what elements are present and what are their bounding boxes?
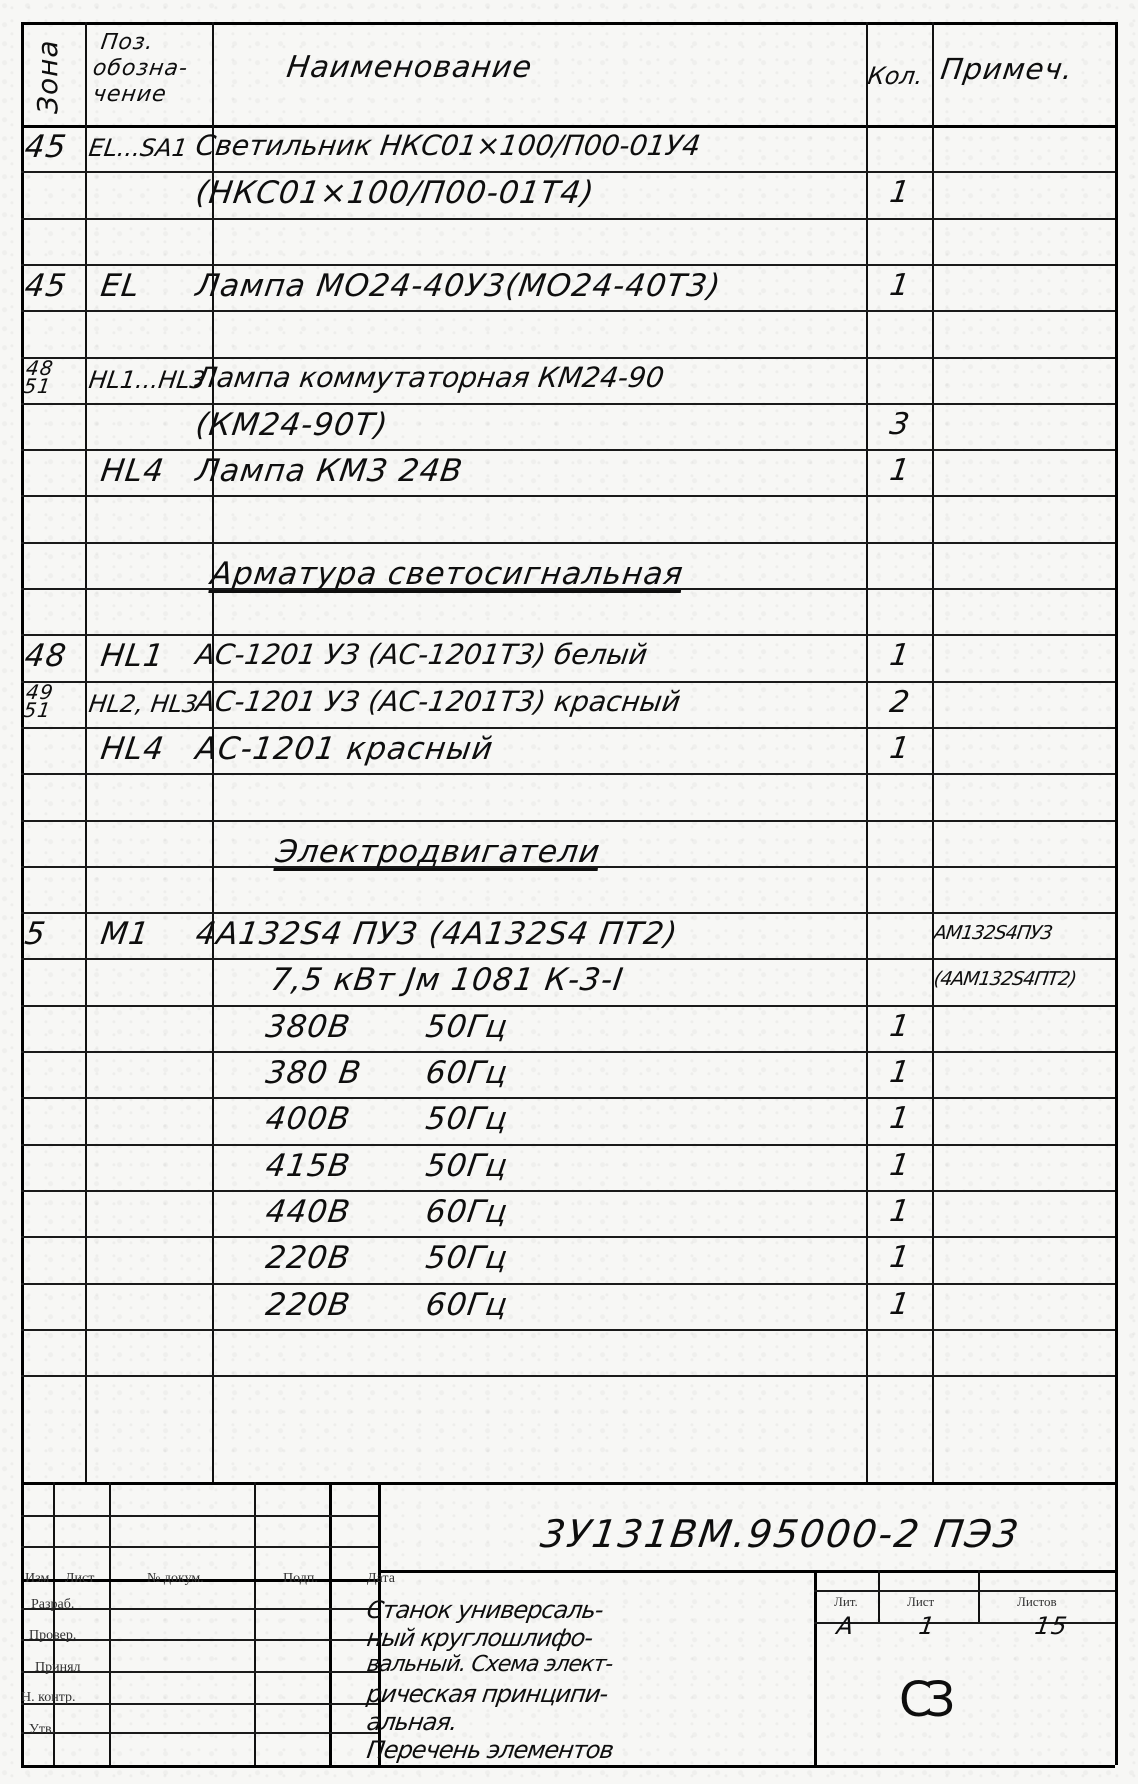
grid-hline	[21, 357, 1115, 359]
row-position: M1	[98, 916, 152, 952]
row-frequency: 60Гц	[423, 1287, 510, 1323]
row-quantity: 1	[865, 1287, 936, 1322]
row-quantity: 1	[865, 1101, 936, 1136]
row-name: (КМ24-90Т)	[193, 407, 390, 443]
role-approved: Принял	[35, 1660, 81, 1676]
grid-hline	[21, 681, 1115, 683]
row-quantity: 2	[865, 685, 936, 720]
row-position: HL1...HL3	[87, 366, 207, 394]
description-line-3: вальный. Схема элект-	[365, 1652, 614, 1677]
description-line-6: Перечень элементов	[365, 1736, 615, 1764]
grid-hline	[21, 22, 1115, 25]
row-zone: 45	[22, 129, 69, 165]
row-position: EL	[98, 268, 142, 304]
grid-vline	[329, 1482, 332, 1765]
sheet-value: 1	[917, 1612, 937, 1640]
sheet-label: Лист	[907, 1594, 934, 1610]
row-position: HL2, HL3	[87, 690, 200, 718]
grid-hline	[21, 1546, 378, 1548]
section-heading: Электродвигатели	[273, 834, 602, 870]
grid-hline	[21, 171, 1115, 173]
grid-hline	[21, 218, 1115, 220]
row-frequency: 50Гц	[423, 1101, 510, 1137]
row-name: (НКС01×100/П00-01Т4)	[193, 175, 596, 211]
stamp-mark: СЗ	[899, 1672, 947, 1728]
row-position: HL4	[98, 453, 166, 489]
row-position: EL...SA1	[87, 134, 189, 162]
header-name: Наименование	[285, 50, 535, 85]
description-line-4: рическая принципи-	[365, 1680, 609, 1708]
row-position: HL1	[98, 638, 166, 674]
row-name: Лампа коммутаторная КМ24-90	[194, 361, 666, 394]
description-line-2: ный круглошлифо-	[365, 1624, 594, 1652]
row-quantity: 1	[865, 731, 936, 766]
grid-hline	[21, 264, 1115, 266]
row-name: АС-1201 У3 (АС-1201Т3) красный	[194, 685, 683, 718]
row-quantity: 1	[865, 1194, 936, 1229]
header-position-3: чение	[91, 82, 168, 107]
row-voltage: 415В	[263, 1148, 352, 1184]
row-quantity: 1	[865, 175, 936, 210]
grid-hline	[21, 912, 1115, 914]
lit-label: Лит.	[834, 1594, 858, 1610]
row-voltage: 400В	[263, 1101, 352, 1137]
row-quantity: 1	[865, 638, 936, 673]
row-name: АС-1201 У3 (АС-1201Т3) белый	[194, 638, 650, 671]
row-quantity: 1	[865, 1148, 936, 1183]
zone-bottom: 51	[22, 701, 52, 719]
grid-vline	[85, 22, 87, 1482]
row-note: АМ132S4ПУ3	[932, 922, 1053, 944]
row-name: Светильник НКС01×100/П00-01У4	[194, 129, 703, 162]
row-voltage: 220В	[263, 1240, 352, 1276]
grid-vline	[21, 22, 24, 1765]
row-frequency: 50Гц	[423, 1240, 510, 1276]
row-zone: 45	[22, 268, 69, 304]
grid-hline	[814, 1590, 1115, 1592]
row-frequency: 50Гц	[423, 1009, 510, 1045]
row-zone: 4951	[22, 683, 55, 719]
sheets-label: Листов	[1017, 1594, 1057, 1610]
row-quantity: 3	[865, 407, 936, 442]
grid-hline	[21, 1190, 1115, 1192]
row-zone: 5	[22, 916, 48, 952]
grid-hline	[21, 1329, 1115, 1331]
row-quantity: 1	[865, 268, 936, 303]
grid-vline	[878, 1570, 880, 1622]
grid-hline	[21, 1144, 1115, 1146]
row-voltage: 440В	[263, 1194, 352, 1230]
grid-hline	[21, 125, 1115, 128]
row-name: 7,5 кВт Jм 1081 К-3-I	[268, 962, 625, 998]
grid-vline	[814, 1570, 817, 1765]
col-signature: Подп.	[283, 1571, 318, 1587]
grid-hline	[21, 495, 1115, 497]
grid-hline	[21, 1283, 1115, 1285]
grid-hline	[21, 1732, 378, 1734]
grid-hline	[21, 1097, 1115, 1099]
description-line-1: Станок универсаль-	[365, 1596, 605, 1624]
grid-hline	[21, 820, 1115, 822]
grid-hline	[814, 1622, 1115, 1624]
grid-hline	[21, 1765, 1115, 1768]
row-name: 4А132S4 ПУ3 (4А132S4 ПТ2)	[193, 916, 680, 952]
lit-value: А	[835, 1612, 856, 1640]
header-qty: Кол.	[866, 62, 925, 90]
section-heading: Арматура светосигнальная	[208, 556, 685, 592]
grid-hline	[21, 310, 1115, 312]
zone-bottom: 51	[22, 377, 52, 395]
grid-vline	[1115, 22, 1118, 1765]
grid-hline	[21, 1005, 1115, 1007]
role-approver: Утв.	[29, 1722, 55, 1738]
row-name: АС-1201 красный	[193, 731, 495, 767]
header-position-1: Поз.	[99, 30, 155, 55]
row-quantity: 1	[865, 1240, 936, 1275]
spec-sheet: Зона Поз. обозна- чение Наименование Кол…	[21, 22, 1115, 1765]
grid-vline	[254, 1482, 256, 1765]
header-position-2: обозна-	[91, 56, 190, 81]
description-line-5: альная.	[365, 1708, 459, 1736]
grid-hline	[21, 773, 1115, 775]
row-frequency: 60Гц	[423, 1194, 510, 1230]
col-doc-no: № докум.	[147, 1571, 204, 1587]
row-name: Лампа КМ3 24В	[193, 453, 465, 489]
sheets-value: 15	[1033, 1612, 1069, 1640]
header-zone: Зона	[31, 39, 64, 114]
grid-hline	[21, 403, 1115, 405]
grid-hline	[21, 1515, 378, 1517]
grid-hline	[21, 634, 1115, 636]
grid-hline	[21, 542, 1115, 544]
header-note: Примеч.	[939, 52, 1076, 86]
role-norm-control: Н. контр.	[21, 1690, 75, 1706]
grid-hline	[21, 1608, 378, 1610]
col-sheet: Лист	[65, 1571, 94, 1587]
row-zone: 48	[22, 638, 69, 674]
grid-vline	[978, 1570, 980, 1622]
grid-hline	[21, 958, 1115, 960]
document-code: 3У131ВМ.95000-2 ПЭ3	[538, 1512, 1023, 1556]
row-quantity: 1	[865, 453, 936, 488]
row-frequency: 60Гц	[423, 1055, 510, 1091]
row-voltage: 380В	[263, 1009, 352, 1045]
grid-hline	[21, 1482, 1115, 1485]
grid-hline	[21, 1051, 1115, 1053]
row-note: (4АМ132S4ПТ2)	[932, 968, 1077, 990]
grid-hline	[21, 1375, 1115, 1377]
col-change: Изм	[25, 1571, 49, 1587]
grid-hline	[378, 1570, 1115, 1573]
role-checker: Провер.	[29, 1628, 76, 1644]
row-quantity: 1	[865, 1009, 936, 1044]
row-voltage: 380 В	[263, 1055, 363, 1091]
col-date: Дата	[367, 1571, 395, 1587]
row-frequency: 50Гц	[423, 1148, 510, 1184]
row-name: Лампа МО24-40У3(МО24-40Т3)	[193, 268, 723, 304]
row-zone: 4851	[22, 359, 55, 395]
grid-hline	[21, 727, 1115, 729]
grid-vline	[109, 1482, 111, 1765]
role-developer: Разраб.	[31, 1597, 74, 1613]
grid-hline	[21, 1236, 1115, 1238]
row-position: HL4	[98, 731, 166, 767]
grid-hline	[21, 449, 1115, 451]
row-voltage: 220В	[263, 1287, 352, 1323]
row-quantity: 1	[865, 1055, 936, 1090]
